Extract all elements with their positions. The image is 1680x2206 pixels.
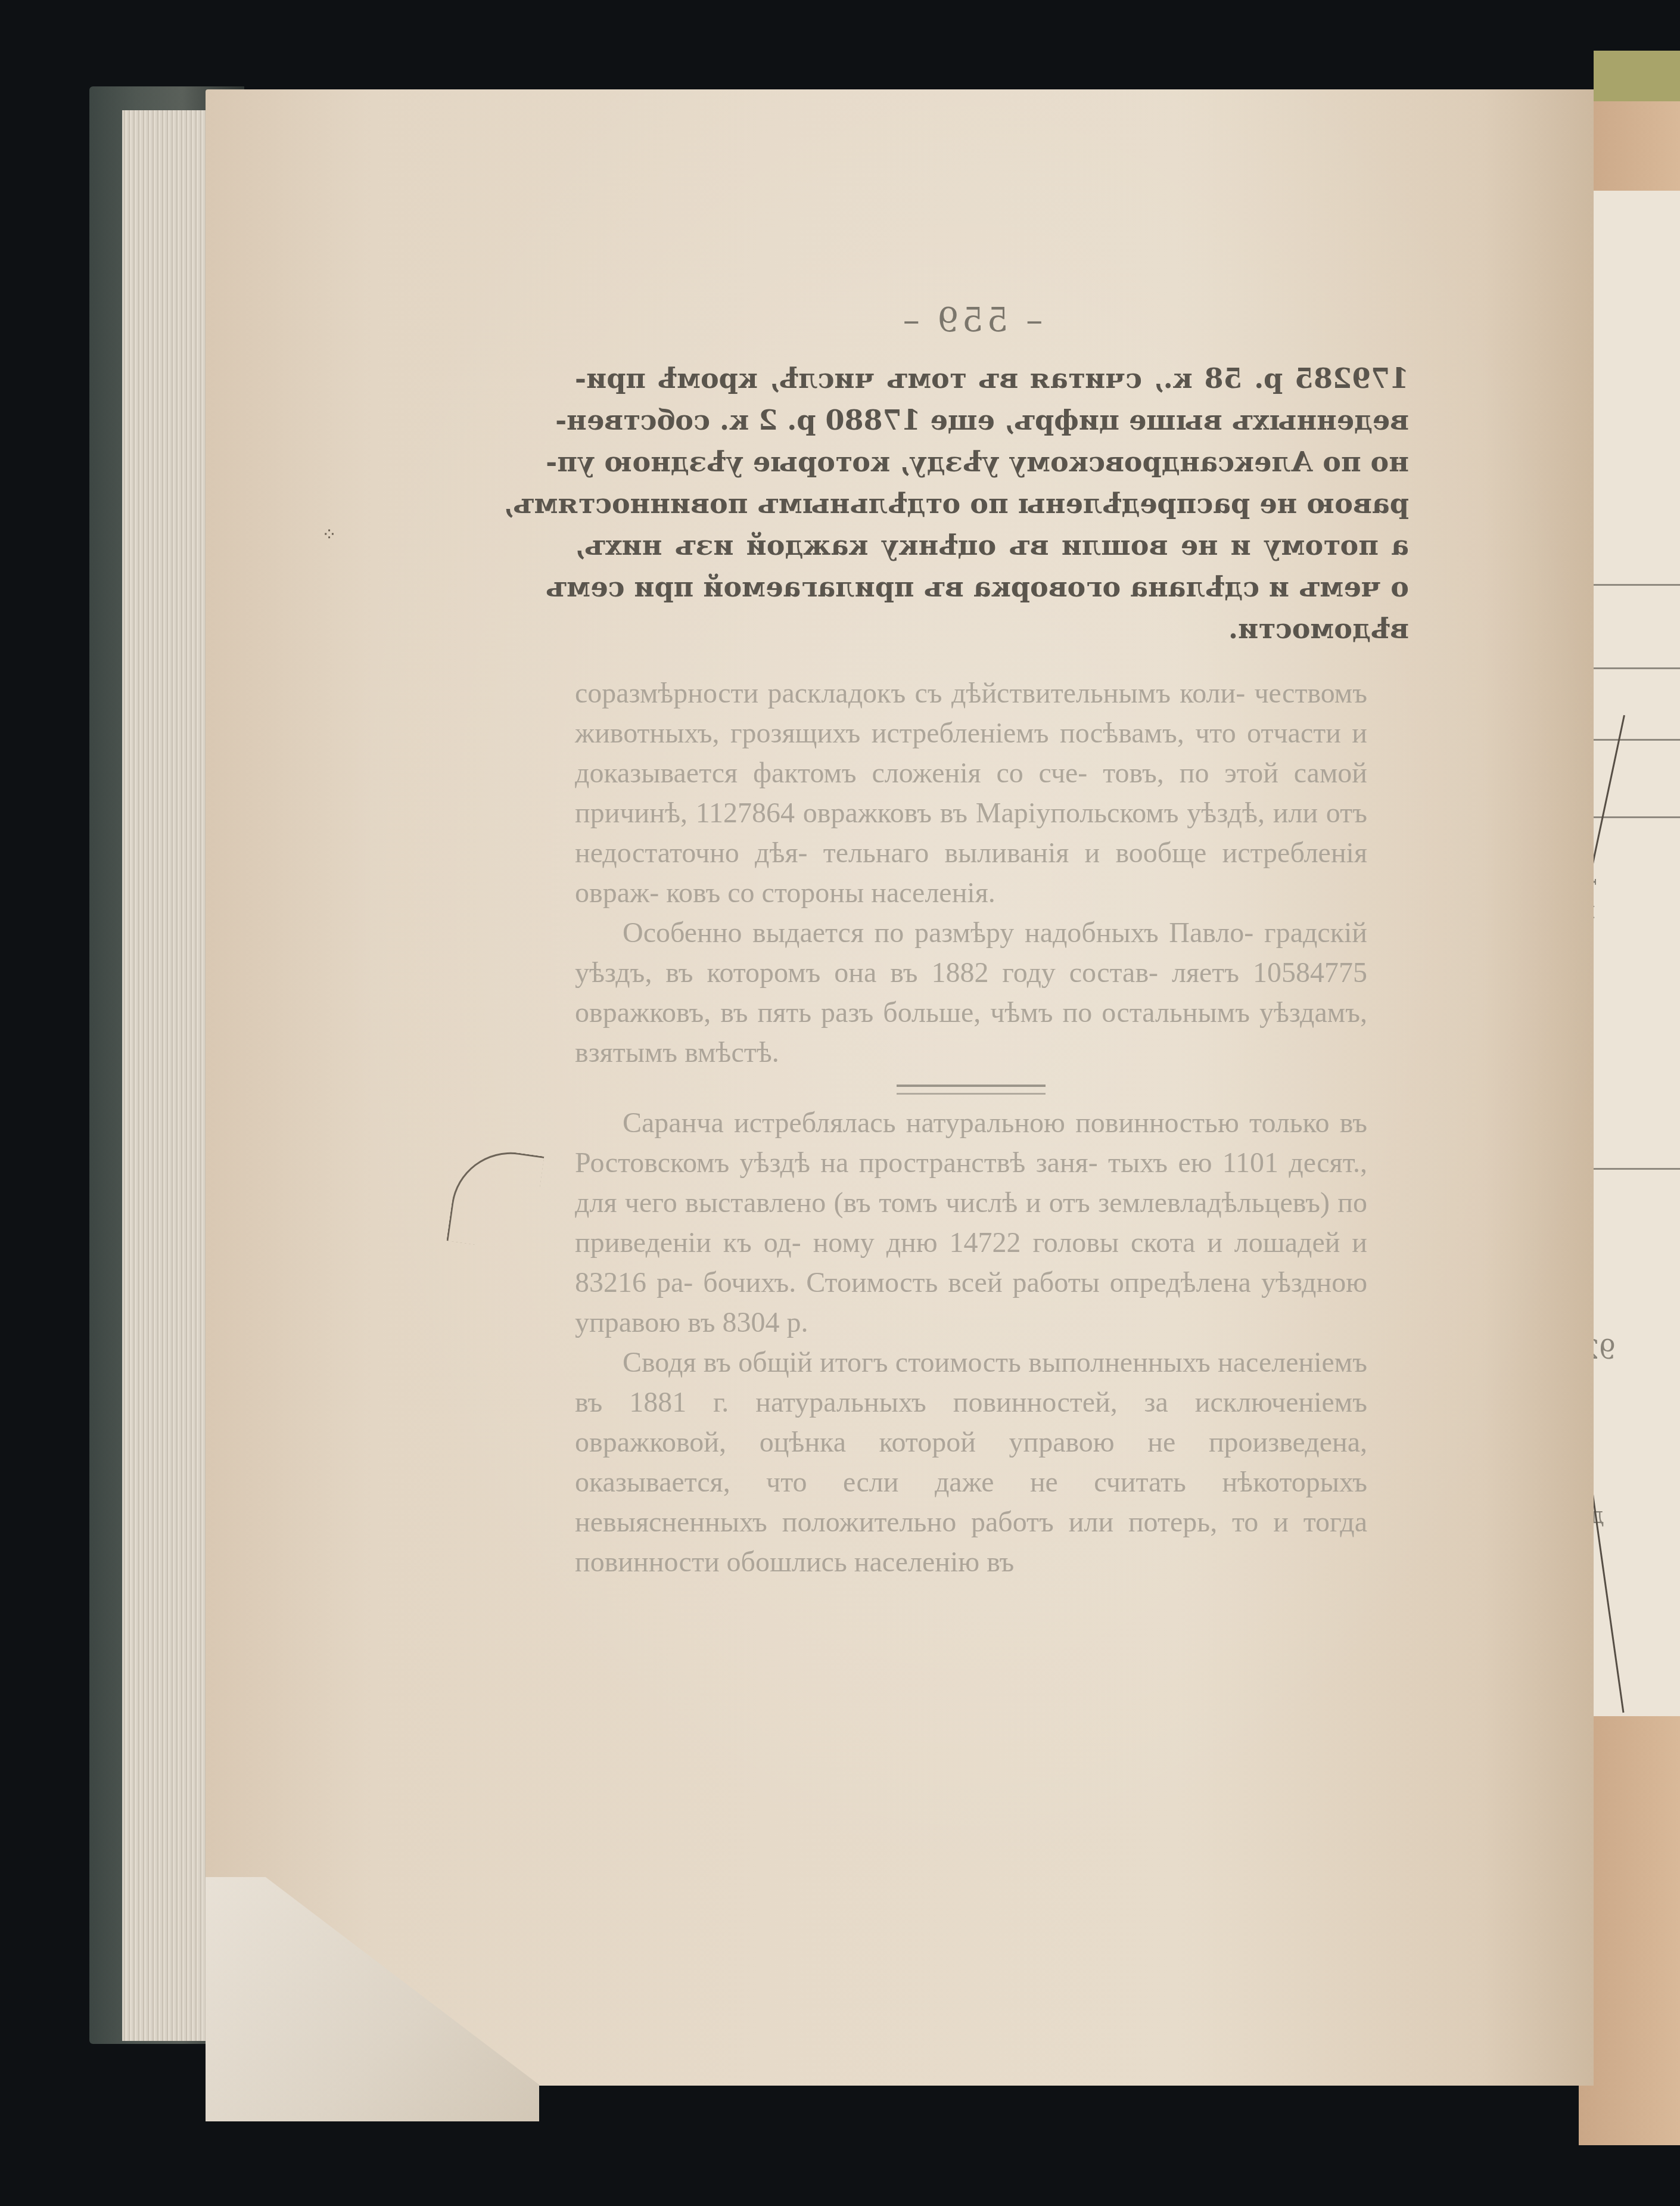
show-through-line: веденныхъ выше цифръ, еще 17880 р. 2 к. … [575, 399, 1409, 441]
green-bookmark-tab [1594, 51, 1680, 104]
show-through-line: вѣдомости. [575, 608, 1409, 650]
show-through-line: но по Александровскому уѣзду, которые уѣ… [575, 441, 1409, 483]
text-line: Особенно выдается по размѣру надобныхъ П… [623, 917, 1253, 949]
section-divider [897, 1085, 1046, 1095]
text-line: соразмѣрности раскладокъ съ дѣйствительн… [575, 678, 1245, 709]
text-line: Сводя въ общій итогъ стоимость выполненн… [623, 1347, 1211, 1378]
paragraph: Особенно выдается по размѣру надобныхъ П… [575, 913, 1367, 1073]
show-through-line: о чемъ и сдѣлана оговорка въ прилагаемой… [575, 566, 1409, 608]
show-through-line: а потому и не вошли въ оцѣнку каждой изъ… [575, 524, 1409, 566]
show-through-line: равою не распредѣлены по отдѣльнымъ пови… [575, 483, 1409, 524]
text-line: Саранча истреблялась натуральною повинно… [623, 1107, 1239, 1139]
show-through-text: 179285 р. 58 к., считая въ томъ числѣ, к… [575, 358, 1409, 650]
text-line: ковъ со стороны населенія. [666, 877, 995, 909]
show-through-line: 179285 р. 58 к., считая въ томъ числѣ, к… [575, 358, 1409, 399]
text-line: бочихъ. Стоимость всей работы опредѣлена… [703, 1267, 1367, 1298]
page-block-edges [122, 110, 217, 2041]
paragraph: соразмѣрности раскладокъ съ дѣйствительн… [575, 673, 1367, 913]
body-text: соразмѣрности раскладокъ съ дѣйствительн… [575, 673, 1367, 1582]
text-line: управою въ 8304 р. [575, 1307, 808, 1338]
page-number-mirrored: – 559 – [846, 301, 1096, 340]
foxing-spots: ⁘ [322, 524, 337, 545]
paragraph: Саранча истреблялась натуральною повинно… [575, 1103, 1367, 1343]
paragraph: Сводя въ общій итогъ стоимость выполненн… [575, 1343, 1367, 1582]
